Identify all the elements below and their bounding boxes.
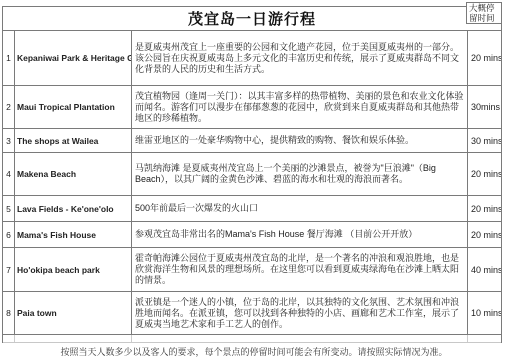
- itinerary-sheet: 茂宜岛一日游行程 大概停留时间 1 Kepaniwai Park & Herit…: [0, 0, 508, 360]
- table-row: 1 Kepaniwai Park & Heritage Gar 是夏威夷州茂宜上…: [3, 31, 501, 86]
- spot-description-cell: 茂宜植物园（逢周一关门）：以其丰富多样的热带植物、美丽的景色和农业文化体验而闻名…: [132, 86, 468, 128]
- stay-time-cell: 10 mins: [468, 292, 501, 334]
- table-row: 5 Lava Fields - Ke'one'olo 500年前最后一次爆发的火…: [3, 196, 501, 222]
- time-column-header: 大概停留时间: [466, 2, 502, 24]
- row-number-cell: 7: [3, 248, 15, 291]
- row-number-cell: 2: [3, 86, 15, 128]
- row-number-cell: 5: [3, 196, 15, 221]
- spot-description-cell: 是夏威夷州茂宜上一座重要的公园和文化遗产花园，位于美国夏威夷州的一部分。该公园旨…: [132, 31, 468, 85]
- spacer-cell: [468, 335, 501, 342]
- empty-spacer-row: [3, 335, 501, 343]
- table-header-row: 茂宜岛一日游行程 大概停留时间: [3, 6, 501, 31]
- footnote-text: 按照当天人数多少以及客人的要求，每个景点的停留时间可能会有所变动。请按照实际情况…: [60, 345, 447, 358]
- table-row: 3 The shops at Wailea 维雷亚地区的一处豪华购物中心，提供精…: [3, 129, 501, 153]
- stay-time-cell: 40 mins: [468, 248, 501, 291]
- row-number-cell: 1: [3, 31, 15, 85]
- row-number-cell: 6: [3, 222, 15, 247]
- spot-name-cell: Paia town: [15, 292, 132, 334]
- footnote-row: 按照当天人数多少以及客人的要求，每个景点的停留时间可能会有所变动。请按照实际情况…: [0, 343, 508, 360]
- table-row: 7 Ho'okipa beach park 霍奇帕海滩公园位于夏威夷州茂宜岛的北…: [3, 248, 501, 292]
- spot-name-cell: Maui Tropical Plantation: [15, 86, 132, 128]
- spot-name-cell: Ho'okipa beach park: [15, 248, 132, 291]
- spot-name-cell: Lava Fields - Ke'one'olo: [15, 196, 132, 221]
- row-number-cell: 8: [3, 292, 15, 334]
- stay-time-cell: 20 mins: [468, 31, 501, 85]
- page-title: 茂宜岛一日游行程: [188, 8, 316, 29]
- table-row: 8 Paia town 派亚镇是一个迷人的小镇，位于岛的北岸，以其独特的文化氛围…: [3, 292, 501, 335]
- spot-description-cell: 500年前最后一次爆发的火山口: [132, 196, 468, 221]
- spot-description-cell: 参观茂宜岛非常出名的Mama's Fish House 餐厅海滩 （目前公开开放…: [132, 222, 468, 247]
- spot-name-cell: Makena Beach: [15, 153, 132, 195]
- spot-name-cell: Kepaniwai Park & Heritage Gar: [15, 31, 132, 85]
- stay-time-cell: 20 mins: [468, 153, 501, 195]
- itinerary-table: 茂宜岛一日游行程 大概停留时间 1 Kepaniwai Park & Herit…: [2, 6, 502, 343]
- table-row: 6 Mama's Fish House 参观茂宜岛非常出名的Mama's Fis…: [3, 222, 501, 248]
- spot-name-cell: Mama's Fish House: [15, 222, 132, 247]
- stay-time-cell: 20 mins: [468, 196, 501, 221]
- spot-description-cell: 马凯纳海滩 是夏威夷州茂宜岛上一个美丽的沙滩景点，被誉为"巨浪滩"（Big Be…: [132, 153, 468, 195]
- spot-name-cell: The shops at Wailea: [15, 129, 132, 152]
- row-number-cell: 4: [3, 153, 15, 195]
- row-number-cell: 3: [3, 129, 15, 152]
- spacer-cell: [15, 335, 132, 342]
- table-row: 2 Maui Tropical Plantation 茂宜植物园（逢周一关门）：…: [3, 86, 501, 129]
- spot-description-cell: 霍奇帕海滩公园位于夏威夷州茂宜岛的北岸，是一个著名的冲浪和观浪胜地，也是欣赏海洋…: [132, 248, 468, 291]
- spacer-cell: [3, 335, 15, 342]
- spot-description-cell: 维雷亚地区的一处豪华购物中心，提供精致的购物、餐饮和娱乐体验。: [132, 129, 468, 152]
- stay-time-cell: 30 mins: [468, 129, 501, 152]
- table-body: 1 Kepaniwai Park & Heritage Gar 是夏威夷州茂宜上…: [3, 31, 501, 335]
- table-row: 4 Makena Beach 马凯纳海滩 是夏威夷州茂宜岛上一个美丽的沙滩景点，…: [3, 153, 501, 196]
- stay-time-cell: 30mins: [468, 86, 501, 128]
- stay-time-cell: 20 mins: [468, 222, 501, 247]
- spot-description-cell: 派亚镇是一个迷人的小镇，位于岛的北岸，以其独特的文化氛围、艺术氛围和冲浪胜地而闻…: [132, 292, 468, 334]
- spacer-cell: [132, 335, 468, 342]
